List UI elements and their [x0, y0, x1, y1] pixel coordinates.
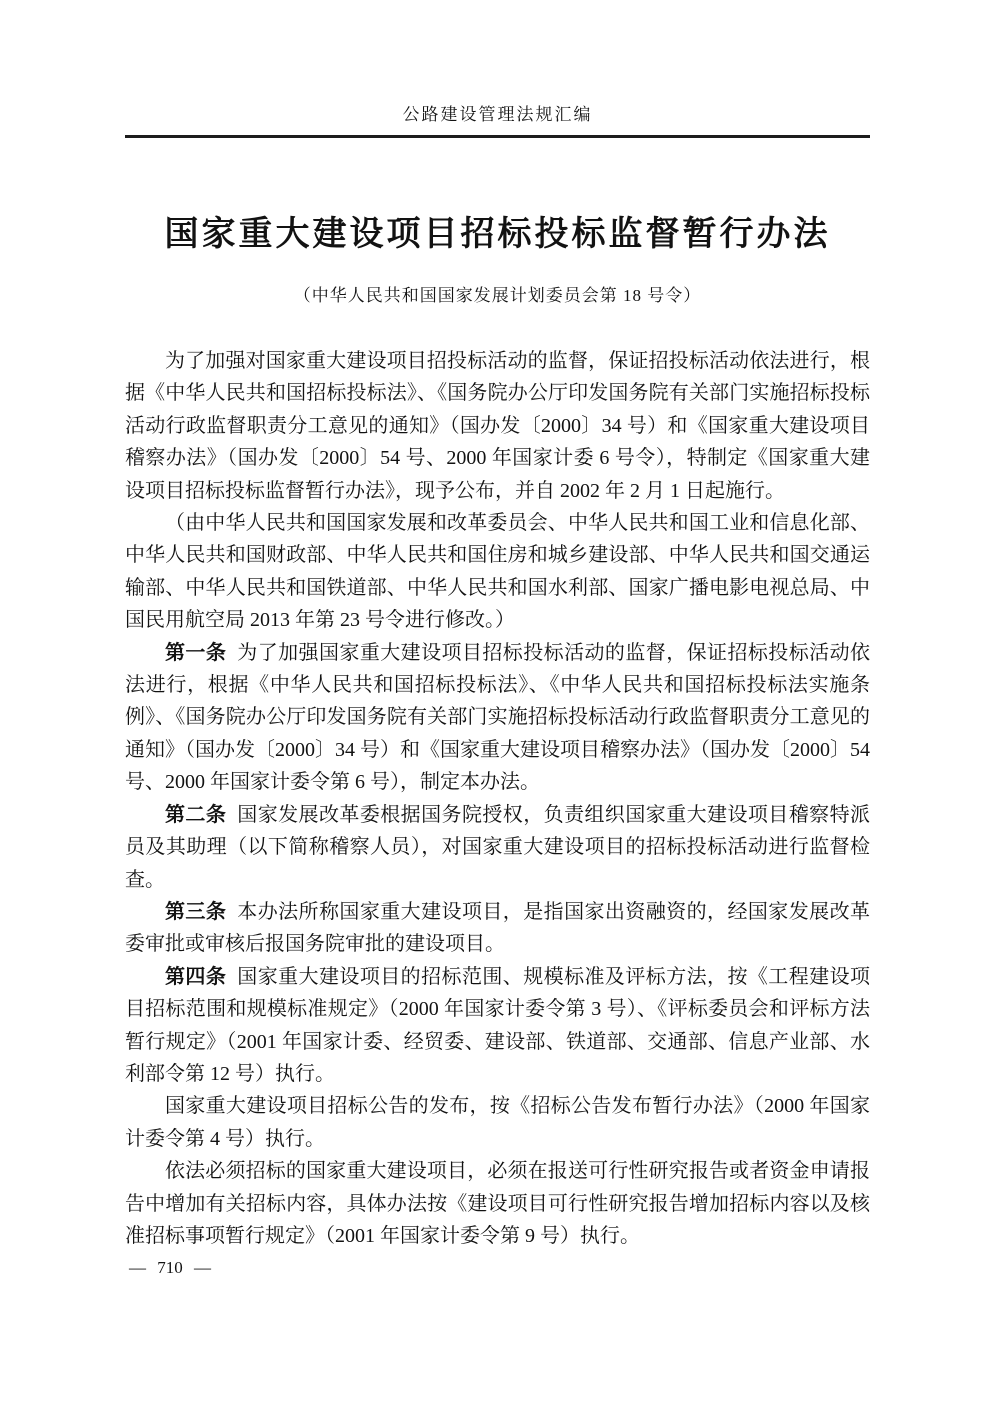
article-1-label: 第一条 [165, 642, 226, 664]
paragraph-amendment-note: （由中华人民共和国国家发展和改革委员会、中华人民共和国工业和信息化部、中华人民共… [125, 507, 870, 637]
article-2-label: 第二条 [165, 804, 226, 826]
paragraph-article-1: 第一条为了加强国家重大建设项目招标投标活动的监督，保证招标投标活动依法进行，根据… [125, 637, 870, 799]
page-number: — 710 — [125, 1255, 870, 1281]
paragraph-text: 依法必须招标的国家重大建设项目，必须在报送可行性研究报告或者资金申请报告中增加有… [125, 1160, 870, 1247]
paragraph-tender-announcement: 国家重大建设项目招标公告的发布，按《招标公告发布暂行办法》（2000 年国家计委… [125, 1090, 870, 1155]
document-body: 为了加强对国家重大建设项目招投标活动的监督，保证招投标活动依法进行，根据《中华人… [125, 345, 870, 1252]
paragraph-article-4: 第四条国家重大建设项目的招标范围、规模标准及评标方法，按《工程建设项目招标范围和… [125, 961, 870, 1091]
paragraph-text: 国家重大建设项目的招标范围、规模标准及评标方法，按《工程建设项目招标范围和规模标… [125, 966, 870, 1085]
paragraph-preamble: 为了加强对国家重大建设项目招投标活动的监督，保证招投标活动依法进行，根据《中华人… [125, 345, 870, 507]
paragraph-article-3: 第三条本办法所称国家重大建设项目，是指国家出资融资的，经国家发展改革委审批或审核… [125, 896, 870, 961]
document-title: 国家重大建设项目招标投标监督暂行办法 [125, 214, 870, 256]
paragraph-text: 本办法所称国家重大建设项目，是指国家出资融资的，经国家发展改革委审批或审核后报国… [125, 901, 870, 955]
article-3-label: 第三条 [165, 901, 226, 923]
article-4-label: 第四条 [165, 966, 226, 988]
paragraph-text: （由中华人民共和国国家发展和改革委员会、中华人民共和国工业和信息化部、中华人民共… [125, 512, 870, 631]
paragraph-text: 为了加强国家重大建设项目招标投标活动的监督，保证招标投标活动依法进行，根据《中华… [125, 642, 870, 794]
header-rule [125, 135, 870, 138]
page-container: 公路建设管理法规汇编 国家重大建设项目招标投标监督暂行办法 （中华人民共和国国家… [0, 0, 992, 1403]
paragraph-article-2: 第二条国家发展改革委根据国务院授权，负责组织国家重大建设项目稽察特派员及其助理（… [125, 799, 870, 896]
paragraph-text: 国家发展改革委根据国务院授权，负责组织国家重大建设项目稽察特派员及其助理（以下简… [125, 804, 870, 891]
paragraph-text: 为了加强对国家重大建设项目招投标活动的监督，保证招投标活动依法进行，根据《中华人… [125, 350, 870, 502]
paragraph-text: 国家重大建设项目招标公告的发布，按《招标公告发布暂行办法》（2000 年国家计委… [125, 1095, 870, 1149]
running-header: 公路建设管理法规汇编 [125, 0, 870, 127]
paragraph-feasibility-report: 依法必须招标的国家重大建设项目，必须在报送可行性研究报告或者资金申请报告中增加有… [125, 1155, 870, 1252]
document-subtitle: （中华人民共和国国家发展计划委员会第 18 号令） [125, 284, 870, 308]
document-page: { "page": { "running_header": "公路建设管理法规汇… [0, 0, 992, 1403]
